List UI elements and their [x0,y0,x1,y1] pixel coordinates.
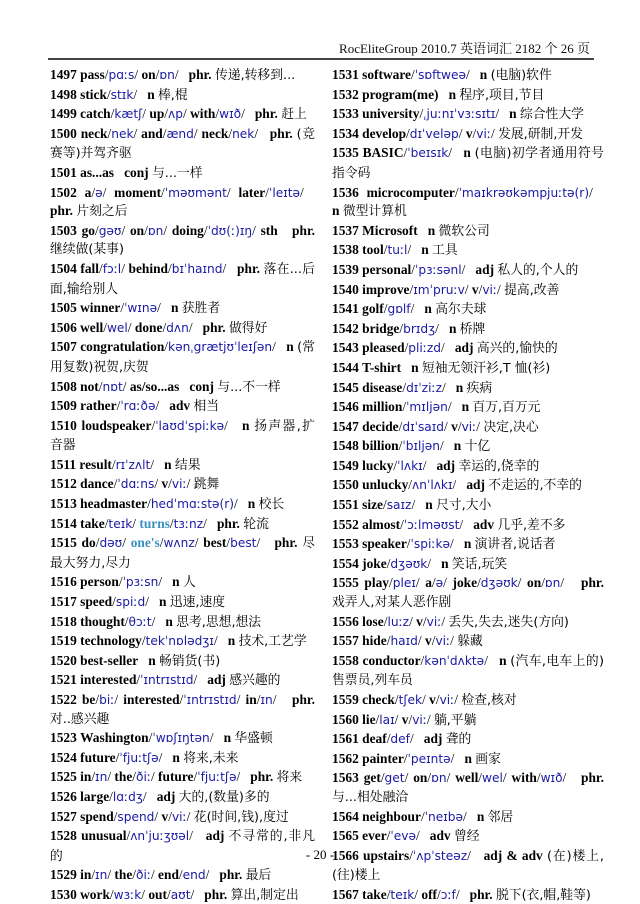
phonetic: dʒəʊk [481,576,518,590]
entry-number: 1561 [332,731,359,746]
headword: pass [80,67,105,82]
phonetic: ˈdɑːns [117,477,154,491]
entry-number: 1530 [50,887,77,902]
phonetic: lɑːdʒ [113,790,143,804]
headword: Microsoft [362,223,418,238]
part-of-speech: n [425,497,432,512]
phonetic: ˈɔːlməʊst [404,518,460,532]
phonetic: viː [476,127,491,141]
entry-number: 1515 [50,535,77,550]
entry-number: 1567 [332,887,359,902]
phonetic: tʃek [399,693,422,707]
phonetic: nɒt [102,380,122,394]
headword: in [80,769,91,784]
definition: 曾经 [454,829,480,844]
phonetic: ˈrɑːðə [120,399,155,413]
definition: 微软公司 [439,224,490,239]
definition: (电脑)软件 [491,68,552,83]
headword: done [135,320,163,335]
phonetic: spiːd [116,595,145,609]
vocab-entry: 1527 spend/spend/ v/viː/ 花(时间,钱),度过 [50,808,315,828]
entry-number: 1543 [332,340,359,355]
vocab-entry: 1506 well/wel/ done/dʌn/ phr. 做得好 [50,319,315,339]
entry-number: 1542 [332,321,359,336]
vocab-entry: 1525 in/ɪn/ the/ðiː/ future/ˈfjuːtʃə/ ph… [50,768,315,788]
phonetic: tɜːnz [174,517,204,531]
entry-number: 1502 [50,185,77,200]
entry-number: 1554 [332,556,359,571]
part-of-speech: n [464,751,471,766]
part-of-speech: n [454,438,461,453]
part-of-speech: phr. [581,770,604,785]
part-of-speech: n [462,399,469,414]
headword: speaker [362,536,407,551]
definition: 赶上 [281,107,307,122]
headword: as/so...as [130,379,179,394]
entry-number: 1552 [332,517,359,532]
part-of-speech: n [463,145,470,160]
headword: lie [362,712,375,727]
phonetic: ˈwɒʃɪŋtən [152,731,209,745]
entry-number: 1527 [50,809,77,824]
vocab-entry: 1537 Microsoft n 微软公司 [332,222,604,242]
definition: 华盛顿 [234,731,272,746]
phonetic: ˈsɒftweə [415,68,466,82]
definition: 程序,项目,节目 [459,88,544,103]
vocab-entry: 1530 work/wɜːk/ out/aʊt/ phr. 算出,制定出 [50,886,315,904]
definition: 躲藏 [457,634,483,649]
entry-number: 1498 [50,87,77,102]
part-of-speech: adv [169,398,190,413]
phonetic: fɔːl [103,262,121,276]
phonetic: ɪn [260,693,272,707]
headword: v [472,282,479,297]
vocab-entry: 1503 go/gəʊ/ on/ɒn/ doing/ˈdʊ(ː)ɪŋ/ sth … [50,222,315,260]
part-of-speech: n [449,87,456,102]
phonetic: ˈpeɪntə [408,752,451,766]
part-of-speech: adj [475,262,494,277]
headword: lucky [362,458,393,473]
vocab-entry: 1543 pleased/pliːzd/ adj 高兴的,愉快的 [332,339,604,359]
phonetic: nek [232,127,254,141]
vocab-entry: 1531 software/ˈsɒftweə/ n (电脑)软件 [332,66,604,86]
entry-number: 1512 [50,476,77,491]
phonetic: ˈlʌkɪ [397,459,423,473]
entry-number: 1565 [332,828,359,843]
part-of-speech: n [172,750,179,765]
entry-number: 1538 [332,242,359,257]
headword: v [162,809,169,824]
part-of-speech: n [424,301,431,316]
entry-number: 1539 [332,262,359,277]
phonetic: viː [482,283,497,297]
left-column: 1497 pass/pɑːs/ on/ɒn/ phr. 传递,转移到...149… [50,66,315,904]
phonetic: dɪˈveləp [410,127,459,141]
part-of-speech: phr. [203,320,226,335]
headword: ever [362,828,387,843]
headword: check [362,692,395,707]
headword: with [512,770,537,785]
definition: 综合性大学 [520,107,584,122]
phonetic: wel [107,321,128,335]
part-of-speech: phr. [581,575,604,590]
phonetic: pliːzd [408,341,441,355]
headword: dance [80,476,113,491]
entry-number: 1556 [332,614,359,629]
part-of-speech: n [477,809,484,824]
vocab-entry: 1504 fall/fɔːl/ behind/bɪˈhaɪnd/ phr. 落在… [50,260,315,299]
part-of-speech: adj [466,477,485,492]
entry-number: 1559 [332,692,359,707]
headword: catch [80,106,111,121]
headword: develop [362,126,406,141]
part-of-speech: phr. [219,867,242,882]
phonetic: brɪdʒ [403,322,435,336]
phonetic: ˈfjuːtʃə [119,751,158,765]
vocab-entry: 1565 ever/ˈevə/ adv 曾经 [332,827,604,847]
definition: 高尔夫球 [435,302,486,317]
part-of-speech: n [147,87,154,102]
part-of-speech: n [171,300,178,315]
definition: 十亿 [465,439,491,454]
entry-number: 1523 [50,730,77,745]
entry-number: 1524 [50,750,77,765]
headword: university [362,106,419,121]
headword: tool [362,242,384,257]
headword: conductor [363,653,421,668]
part-of-speech: adj [436,458,455,473]
headword: later [238,185,265,200]
phonetic: ˌjuːnɪˈvɜːsɪtɪ [423,107,495,121]
headword: take [362,887,387,902]
entry-number: 1510 [50,418,77,433]
vocab-entry: 1534 develop/dɪˈveləp/ v/viː/ 发展,研制,开发 [332,125,604,145]
entry-number: 1545 [332,380,359,395]
headword: v [416,614,423,629]
entry-number: 1508 [50,379,77,394]
phonetic: ə [436,576,444,590]
headword: turns [139,516,170,531]
vocab-entry: 1507 congratulation/kənˌgrætjʊˈleɪʃən/ n… [50,338,315,377]
phonetic: teɪk [390,888,414,902]
phonetic: ˈɪntrɪstɪd [140,673,193,687]
definition: 检查,核对 [461,693,516,708]
headword: moment [114,185,161,200]
vocab-entry: 1513 headmaster/hedˈmɑːstə(r)/ n 校长 [50,495,315,515]
vocab-entry: 1550 unlucky/ʌnˈlʌkɪ/ adj 不走运的,不幸的 [332,476,604,496]
phonetic: wel [482,771,503,785]
vocab-entry: 1562 painter/ˈpeɪntə/ n 画家 [332,750,604,770]
phonetic: dɪˈsaɪd [402,420,444,434]
headword: behind [129,261,168,276]
vocab-entry: 1499 catch/kætʃ/ up/ʌp/ with/wɪð/ phr. 赶… [50,105,315,125]
vocab-entry: 1542 bridge/brɪdʒ/ n 桥牌 [332,320,604,340]
headword: decide [362,419,398,434]
part-of-speech: phr. [237,261,260,276]
phonetic: wɪð [219,107,241,121]
vocab-entry: 1522 be/biː/ interested/ˈɪntrɪstɪd/ in/ɪ… [50,691,315,729]
vocab-entry: 1546 million/ˈmɪljən/ n 百万,百万元 [332,398,604,418]
phonetic: get [385,771,405,785]
headword: improve [362,282,409,297]
entry-number: 1536 [332,185,359,200]
headword: best-seller [80,653,138,668]
phonetic: ə [95,186,103,200]
vocab-entry: 1559 check/tʃek/ v/viː/ 检查,核对 [332,691,604,711]
headword: work [80,887,110,902]
entry-number: 1548 [332,438,359,453]
vocab-entry: 1545 disease/dɪˈziːz/ n 疾病 [332,379,604,399]
vocab-entry: 1563 get/get/ on/ɒn/ well/wel/ with/wɪð/… [332,769,604,807]
headword: fall [80,261,99,276]
vocab-entry: 1516 person/ˈpɜːsn/ n 人 [50,573,315,593]
headword: neighbour [362,809,421,824]
definition: 校长 [259,497,285,512]
headword: best [203,535,226,550]
entry-number: 1546 [332,399,359,414]
phonetic: gɒlf [387,302,410,316]
vocab-entry: 1497 pass/pɑːs/ on/ɒn/ phr. 传递,转移到... [50,66,315,86]
phonetic: laɪ [379,713,394,727]
part-of-speech: n [464,536,471,551]
phonetic: spend [117,810,154,824]
phonetic: ˈɪntrɪstɪd [183,693,236,707]
part-of-speech: n [224,730,231,745]
headword: be [82,692,95,707]
headword: golf [362,301,384,316]
phonetic: tekˈnɒlədʒɪ [146,634,214,648]
part-of-speech: adv [473,517,494,532]
definition: 不走运的,不幸的 [488,478,582,493]
headword: future [158,769,193,784]
definition: 私人的,个人的 [497,263,578,278]
phonetic: ˈlaʊdˈspiːkə [155,419,224,433]
phonetic: viː [462,420,477,434]
definition: 相当 [193,399,219,414]
vocab-entry: 1556 lose/luːz/ v/viː/ 丢失,失去,迷失(方向) [332,613,604,633]
headword: as...as [80,165,114,180]
phonetic: viː [440,693,455,707]
vocab-entry: 1512 dance/ˈdɑːns/ v/viː/ 跳舞 [50,475,315,495]
part-of-speech: phr. [189,67,212,82]
entry-number: 1505 [50,300,77,315]
headword: on [130,223,144,238]
headword: up [149,106,164,121]
headword: speed [80,594,112,609]
headword: the [114,769,132,784]
part-of-speech: n [428,223,435,238]
definition: 与...不一样 [217,380,280,395]
headword: with [190,106,215,121]
headword: on [527,575,541,590]
vocab-entry: 1544 T-shirt n 短袖无领汗衫,T 恤(衫) [332,359,604,379]
phonetic: ɪmˈpruːv [413,283,465,297]
entry-number: 1533 [332,106,359,121]
phonetic: stɪk [111,88,134,102]
part-of-speech: adv [430,828,451,843]
vocab-entry: 1515 do/dəʊ/ one's/wʌnz/ best/best/ phr.… [50,534,315,573]
entry-number: 1506 [50,320,77,335]
headword: painter [362,751,404,766]
entry-number: 1562 [332,751,359,766]
headword: large [80,789,109,804]
phonetic: ɒn [159,68,174,82]
entry-number: 1551 [332,497,359,512]
headword: hide [362,633,387,648]
headword: loudspeaker [82,418,152,433]
phonetic: ˈdʊ(ː)ɪŋ [208,224,252,238]
headword: program(me) [362,87,438,102]
definition: 笑话,玩笑 [452,557,507,572]
entry-number: 1507 [50,339,77,354]
vocab-entry: 1558 conductor/kənˈdʌktə/ n (汽车,电车上的)售票员… [332,652,604,691]
headword: pleased [362,340,404,355]
entry-number: 1509 [50,398,77,413]
entry-number: 1520 [50,653,77,668]
phonetic: ɔːf [441,888,456,902]
vocab-entry: 1536 microcomputer/ˈmaɪkrəʊkəmpjuːtə(r)/… [332,184,604,222]
entry-number: 1518 [50,614,77,629]
definition: 躺,平躺 [434,713,476,728]
part-of-speech: phr. [217,516,240,531]
headword: off [421,887,437,902]
headword: almost [362,517,400,532]
headword: stick [80,87,107,102]
entry-number: 1549 [332,458,359,473]
vocab-entry: 1548 billion/ˈbɪljən/ n 十亿 [332,437,604,457]
vocab-entry: 1511 result/rɪˈzʌlt/ n 结果 [50,456,315,476]
phonetic: hedˈmɑːstə(r) [151,497,234,511]
headword: go [82,223,95,238]
phonetic: ˈpɜːsənl [415,263,462,277]
vocab-entry: 1501 as...as conj 与...一样 [50,164,315,184]
part-of-speech: phr. [50,203,73,218]
vocab-entry: 1502 a/ə/ moment/ˈməʊmənt/ later/ˈleɪtə/… [50,184,315,222]
definition: 决定,决心 [483,420,538,435]
phonetic: ðiː [136,868,151,882]
part-of-speech: phr. [292,223,315,238]
vocab-entry: 1500 neck/nek/ and/ænd/ neck/nek/ phr. (… [50,125,315,164]
phonetic: ɒn [431,771,446,785]
vocab-entry: 1555 play/pleɪ/ a/ə/ joke/dʒəʊk/ on/ɒn/ … [332,574,604,612]
definition: 丢失,失去,迷失(方向) [448,615,569,630]
definition: 尺寸,大小 [436,498,491,513]
vocab-entry: 1567 take/teɪk/ off/ɔːf/ phr. 脱下(衣,帽,鞋等) [332,886,604,904]
definition: 片刻之后 [76,204,127,219]
phonetic: ˈməʊmənt [165,186,227,200]
phonetic: dəʊ [99,536,122,550]
headword: get [364,770,381,785]
definition: 将来,未来 [183,751,238,766]
header-divider [48,58,594,60]
definition: 技术,工艺学 [239,634,307,649]
definition: 幸运的,侥幸的 [458,459,539,474]
phonetic: ˈneɪbə [425,810,463,824]
headword: software [362,67,411,82]
part-of-speech: n [242,418,249,433]
phonetic: kætʃ [114,107,142,121]
phonetic: end [183,868,206,882]
phonetic: ˈbɪljən [402,439,440,453]
part-of-speech: phr. [250,769,273,784]
headword: microcomputer [367,185,455,200]
entry-number: 1516 [50,574,77,589]
vocab-entry: 1539 personal/ˈpɜːsənl/ adj 私人的,个人的 [332,261,604,281]
headword: not [80,379,99,394]
phonetic: viː [172,810,187,824]
entry-number: 1544 [332,360,359,375]
entry-number: 1531 [332,67,359,82]
definition: 畅销货(书) [159,654,220,669]
part-of-speech: phr. [292,692,315,707]
vocab-entry: 1553 speaker/ˈspiːkə/ n 演讲者,说话者 [332,535,604,555]
phonetic: kənˌgrætjʊˈleɪʃən [168,340,272,354]
phonetic: ˈleɪtə [269,186,300,200]
entry-number: 1550 [332,477,359,492]
entry-number: 1519 [50,633,77,648]
phonetic: wʌnz [163,536,194,550]
phonetic: ˈspiːkə [411,537,451,551]
definition: 最后 [246,868,272,883]
headword: joke [453,575,478,590]
right-column: 1531 software/ˈsɒftweə/ n (电脑)软件1532 pro… [332,66,604,904]
definition: 短袖无领汗衫,T 恤(衫) [422,361,550,376]
vocab-entry: 1552 almost/ˈɔːlməʊst/ adv 几乎,差不多 [332,516,604,536]
part-of-speech: adj [424,731,443,746]
part-of-speech: adj [455,340,474,355]
headword: person [80,574,119,589]
headword: bridge [362,321,399,336]
definition: 微型计算机 [343,204,407,219]
entry-number: 1529 [50,867,77,882]
entry-number: 1497 [50,67,77,82]
phonetic: ɪn [95,770,107,784]
part-of-speech: phr. [255,106,278,121]
definition: 工具 [432,243,458,258]
part-of-speech: n [286,339,293,354]
headword: thought [80,614,125,629]
definition: 继续做(某事) [50,242,124,257]
page-header: RocEliteGroup 2010.7 英语词汇 2182 个 26 页 [0,38,590,57]
headword: in [246,692,257,707]
entry-number: 1564 [332,809,359,824]
entry-number: 1534 [332,126,359,141]
headword: interested [80,672,136,687]
definition: 提高,改善 [504,283,559,298]
part-of-speech: n [480,67,487,82]
headword: future [80,750,115,765]
definition: 戏弄人,对某人恶作剧 [332,595,451,610]
phonetic: ˈfjuːtʃə [197,770,236,784]
definition: 算出,制定出 [231,888,299,903]
part-of-speech: phr. [274,535,297,550]
entry-number: 1547 [332,419,359,434]
vocab-entry: 1551 size/saɪz/ n 尺寸,大小 [332,496,604,516]
headword: BASIC [363,145,404,160]
headword: a [425,575,432,590]
headword: neck [202,126,229,141]
phonetic: gəʊ [99,224,122,238]
vocab-entry: 1547 decide/dɪˈsaɪd/ v/viː/ 决定,决心 [332,418,604,438]
part-of-speech: phr. [270,126,293,141]
part-of-speech: n [456,380,463,395]
entry-number: 1558 [332,653,359,668]
entry-number: 1500 [50,126,77,141]
vocab-entry: 1535 BASIC/ˈbeɪsɪk/ n (电脑)初学者通用符号指令码 [332,144,604,183]
phonetic: ʌp [168,107,183,121]
phonetic: def [390,732,410,746]
vocab-entry: 1532 program(me) n 程序,项目,节目 [332,86,604,106]
